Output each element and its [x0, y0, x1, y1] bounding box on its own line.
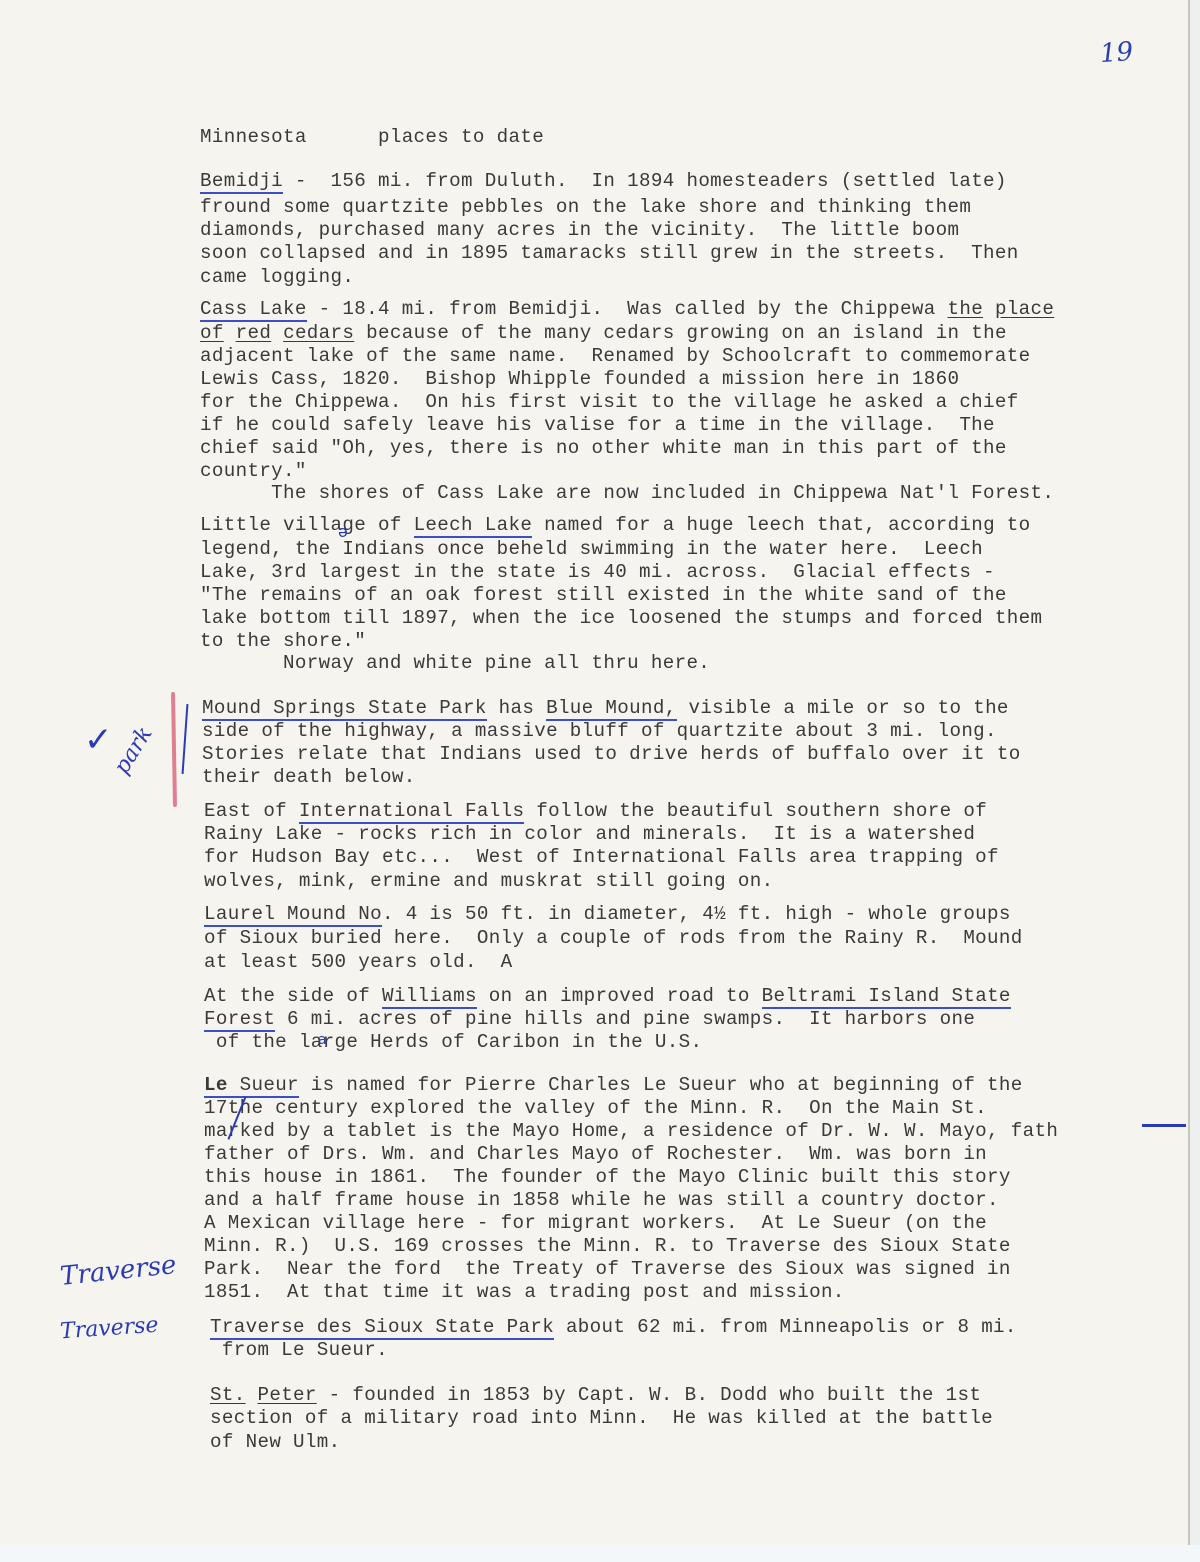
text-segment: Lewis Cass, 1820. Bishop Whipple founded…: [200, 368, 959, 390]
scan-bottom-edge: [0, 1545, 1200, 1562]
underlined-phrase: Blue Mound,: [546, 697, 677, 721]
text-segment: at least 500 years old. A: [204, 951, 512, 973]
text-segment: this house in 1861. The founder of the M…: [204, 1166, 1011, 1188]
text-segment: East of: [204, 800, 299, 822]
strikethrough-mark: [1142, 1124, 1186, 1127]
text-segment: visible a mile or so to the: [677, 697, 1009, 719]
underlined-phrase: Forest: [204, 1008, 275, 1032]
text-line: Traverse des Sioux State Park about 62 m…: [210, 1316, 1017, 1338]
text-segment: is named for Pierre Charles Le Sueur who…: [299, 1074, 1023, 1096]
underlined-phrase: Cass Lake: [200, 298, 307, 322]
text-line: at least 500 years old. A: [204, 951, 512, 973]
text-line: legend, the Indians once beheld swimming…: [200, 538, 983, 560]
text-line: section of a military road into Minn. He…: [210, 1407, 993, 1429]
text-line: of the large Herds of Caribon in the U.S…: [204, 1031, 702, 1053]
underlined-phrase: Traverse des Sioux State Park: [210, 1316, 554, 1340]
text-line: 1851. At that time it was a trading post…: [204, 1281, 845, 1303]
text-segment: came logging.: [200, 266, 354, 288]
underlined-phrase: cedars: [283, 322, 354, 344]
text-segment: adjacent lake of the same name. Renamed …: [200, 345, 1031, 367]
text-line: Stories relate that Indians used to driv…: [202, 743, 1021, 765]
insertion-mark: a: [318, 1032, 327, 1048]
text-segment: for Hudson Bay etc... West of Internatio…: [204, 846, 999, 868]
text-line: wolves, mink, ermine and muskrat still g…: [204, 870, 774, 892]
text-segment: on an improved road to: [477, 985, 762, 1007]
text-line: their death below.: [202, 766, 416, 788]
text-line: father of Drs. Wm. and Charles Mayo of R…: [204, 1143, 987, 1165]
text-line: Cass Lake - 18.4 mi. from Bemidji. Was c…: [200, 298, 1054, 320]
text-segment: At the side of: [204, 985, 382, 1007]
text-segment: named for a huge leech that, according t…: [532, 514, 1030, 536]
text-segment: - founded in 1853 by Capt. W. B. Dodd wh…: [317, 1384, 981, 1406]
text-line: if he could safely leave his valise for …: [200, 414, 995, 436]
text-line: Little village of Leech Lake named for a…: [200, 514, 1031, 536]
text-line: Rainy Lake - rocks rich in color and min…: [204, 823, 975, 845]
text-segment: Little village of: [200, 514, 414, 536]
text-line: fround some quartzite pebbles on the lak…: [200, 196, 971, 218]
text-segment: because of the many cedars growing on an…: [354, 322, 1007, 344]
text-segment: Minnesota places to date: [200, 126, 544, 148]
text-segment: wolves, mink, ermine and muskrat still g…: [204, 870, 774, 892]
text-line: diamonds, purchased many acres in the vi…: [200, 219, 959, 241]
text-line: side of the highway, a massive bluff of …: [202, 720, 997, 742]
text-line: country.": [200, 460, 307, 482]
text-segment: their death below.: [202, 766, 416, 788]
text-line: Park. Near the ford the Treaty of Traver…: [204, 1258, 1011, 1280]
text-segment: Lake, 3rd largest in the state is 40 mi.…: [200, 561, 995, 583]
text-segment: country.": [200, 460, 307, 482]
text-segment: lake bottom till 1897, when the ice loos…: [200, 607, 1042, 629]
text-segment: soon collapsed and in 1895 tamaracks sti…: [200, 242, 1019, 264]
underlined-phrase: Leech Lake: [414, 514, 533, 538]
text-segment: legend, the Indians once beheld swimming…: [200, 538, 983, 560]
text-segment: Park. Near the ford the Treaty of Traver…: [204, 1258, 1011, 1280]
text-line: Le Sueur is named for Pierre Charles Le …: [204, 1074, 1023, 1096]
text-segment: marked by a tablet is the Mayo Home, a r…: [204, 1120, 1058, 1142]
text-segment: diamonds, purchased many acres in the vi…: [200, 219, 959, 241]
underlined-phrase: Laurel Mound No: [204, 903, 382, 927]
text-segment: "The remains of an oak forest still exis…: [200, 584, 1007, 606]
text-segment: 6 mi. acres of pine hills and pine swamp…: [275, 1008, 975, 1030]
underlined-phrase: place: [995, 298, 1054, 320]
text-segment: [224, 322, 236, 344]
page-number: 19: [1099, 37, 1134, 69]
text-segment: Rainy Lake - rocks rich in color and min…: [204, 823, 975, 845]
text-segment: of Sioux buried here. Only a couple of r…: [204, 927, 1023, 949]
underlined-phrase: of: [200, 322, 224, 344]
text-segment: [983, 298, 995, 320]
text-line: Lake, 3rd largest in the state is 40 mi.…: [200, 561, 995, 583]
text-line: Bemidji - 156 mi. from Duluth. In 1894 h…: [200, 170, 1007, 192]
text-segment: for the Chippewa. On his first visit to …: [200, 391, 1019, 413]
text-segment: section of a military road into Minn. He…: [210, 1407, 993, 1429]
text-line: came logging.: [200, 266, 354, 288]
text-line: of New Ulm.: [210, 1431, 341, 1453]
text-segment: has: [487, 697, 546, 719]
text-line: "The remains of an oak forest still exis…: [200, 584, 1007, 606]
text-segment: - 18.4 mi. from Bemidji. Was called by t…: [307, 298, 948, 320]
text-line: soon collapsed and in 1895 tamaracks sti…: [200, 242, 1019, 264]
text-line: of Sioux buried here. Only a couple of r…: [204, 927, 1023, 949]
text-line: Laurel Mound No. 4 is 50 ft. in diameter…: [204, 903, 1011, 925]
insertion-mark: ə: [338, 522, 348, 541]
page-edge: [1190, 0, 1200, 1545]
text-line: Norway and white pine all thru here.: [200, 652, 710, 674]
text-line: for the Chippewa. On his first visit to …: [200, 391, 1019, 413]
text-segment: side of the highway, a massive bluff of …: [202, 720, 997, 742]
underlined-phrase: Williams: [382, 985, 477, 1009]
underlined-phrase: Mound Springs State Park: [202, 697, 487, 721]
text-line: to the shore.": [200, 630, 366, 652]
underlined-phrase: Peter: [257, 1384, 316, 1406]
text-line: Forest 6 mi. acres of pine hills and pin…: [204, 1008, 975, 1030]
text-segment: Minn. R.) U.S. 169 crosses the Minn. R. …: [204, 1235, 1011, 1257]
underlined-phrase: the: [947, 298, 983, 320]
underlined-phrase: Bemidji: [200, 170, 283, 194]
text-segment: Stories relate that Indians used to driv…: [202, 743, 1021, 765]
text-segment: . 4 is 50 ft. in diameter, 4½ ft. high -…: [382, 903, 1011, 925]
text-line: Minn. R.) U.S. 169 crosses the Minn. R. …: [204, 1235, 1011, 1257]
text-segment: The shores of Cass Lake are now included…: [200, 482, 1054, 504]
text-line: this house in 1861. The founder of the M…: [204, 1166, 1011, 1188]
text-line: Mound Springs State Park has Blue Mound,…: [202, 697, 1009, 719]
text-segment: Norway and white pine all thru here.: [200, 652, 710, 674]
underlined-phrase: Le: [204, 1074, 228, 1098]
text-line: St. Peter - founded in 1853 by Capt. W. …: [210, 1384, 981, 1406]
text-line: A Mexican village here - for migrant wor…: [204, 1212, 987, 1234]
underlined-phrase: International Falls: [299, 800, 524, 824]
text-segment: father of Drs. Wm. and Charles Mayo of R…: [204, 1143, 987, 1165]
text-line: of red cedars because of the many cedars…: [200, 322, 1007, 344]
text-segment: to the shore.": [200, 630, 366, 652]
text-segment: from Le Sueur.: [210, 1339, 388, 1361]
text-segment: - 156 mi. from Duluth. In 1894 homestead…: [283, 170, 1007, 192]
underlined-phrase: red: [236, 322, 272, 344]
text-line: 17the century explored the valley of the…: [204, 1097, 987, 1119]
text-segment: follow the beautiful southern shore of: [524, 800, 987, 822]
text-line: East of International Falls follow the b…: [204, 800, 987, 822]
text-line: from Le Sueur.: [210, 1339, 388, 1361]
text-line: marked by a tablet is the Mayo Home, a r…: [204, 1120, 1058, 1142]
text-line: chief said "Oh, yes, there is no other w…: [200, 437, 1007, 459]
text-line: for Hudson Bay etc... West of Internatio…: [204, 846, 999, 868]
text-line: adjacent lake of the same name. Renamed …: [200, 345, 1031, 367]
text-line: At the side of Williams on an improved r…: [204, 985, 1011, 1007]
text-segment: A Mexican village here - for migrant wor…: [204, 1212, 987, 1234]
text-segment: of the large Herds of Caribon in the U.S…: [204, 1031, 702, 1053]
text-segment: of New Ulm.: [210, 1431, 341, 1453]
text-segment: and a half frame house in 1858 while he …: [204, 1189, 999, 1211]
text-line: lake bottom till 1897, when the ice loos…: [200, 607, 1042, 629]
text-line: and a half frame house in 1858 while he …: [204, 1189, 999, 1211]
underlined-phrase: Beltrami Island State: [762, 985, 1011, 1009]
text-segment: if he could safely leave his valise for …: [200, 414, 995, 436]
text-segment: 1851. At that time it was a trading post…: [204, 1281, 845, 1303]
underlined-phrase: Sueur: [228, 1074, 299, 1098]
text-segment: about 62 mi. from Minneapolis or 8 mi.: [554, 1316, 1017, 1338]
text-line: Minnesota places to date: [200, 126, 544, 148]
text-segment: chief said "Oh, yes, there is no other w…: [200, 437, 1007, 459]
text-segment: fround some quartzite pebbles on the lak…: [200, 196, 971, 218]
text-line: Lewis Cass, 1820. Bishop Whipple founded…: [200, 368, 959, 390]
underlined-phrase: St.: [210, 1384, 246, 1406]
text-segment: [246, 1384, 258, 1406]
text-line: The shores of Cass Lake are now included…: [200, 482, 1054, 504]
text-segment: [271, 322, 283, 344]
checkmark-icon: ✓: [84, 720, 113, 760]
text-segment: 17the century explored the valley of the…: [204, 1097, 987, 1119]
